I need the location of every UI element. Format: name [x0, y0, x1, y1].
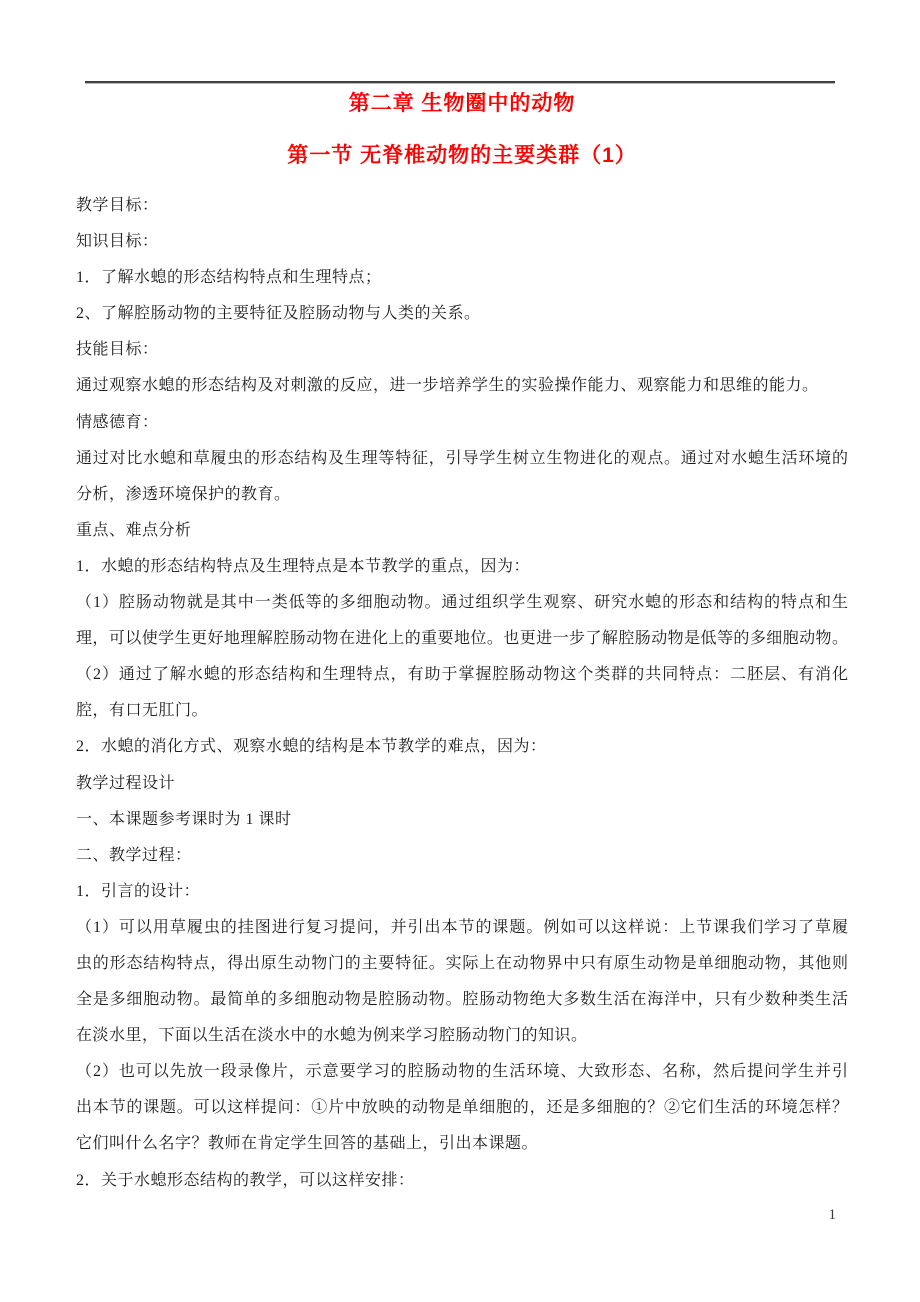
page-number: 1	[804, 1204, 836, 1226]
text-line: 2．关于水螅形态结构的教学，可以这样安排：	[76, 1163, 848, 1199]
text-line: 出本节的课题。可以这样提问：①片中放映的动物是单细胞的，还是多细胞的？②它们生活…	[76, 1090, 848, 1126]
text-line: 重点、难点分析	[76, 513, 848, 549]
document-body: 教学目标：知识目标：1．了解水螅的形态结构特点和生理特点；2、了解腔肠动物的主要…	[76, 188, 848, 1199]
text-line: 分析，渗透环境保护的教育。	[76, 477, 848, 513]
text-line: 知识目标：	[76, 224, 848, 260]
text-line: 教学目标：	[76, 188, 848, 224]
text-line: （2）也可以先放一段录像片，示意要学习的腔肠动物的生活环境、大致形态、名称，然后…	[76, 1054, 848, 1090]
text-line: 通过对比水螅和草履虫的形态结构及生理等特征，引导学生树立生物进化的观点。通过对水…	[76, 441, 848, 477]
text-line: 2．水螅的消化方式、观察水螅的结构是本节教学的难点，因为：	[76, 729, 848, 765]
text-line: 1．水螅的形态结构特点及生理特点是本节教学的重点，因为：	[76, 549, 848, 585]
text-line: 全是多细胞动物。最简单的多细胞动物是腔肠动物。腔肠动物绝大多数生活在海洋中，只有…	[76, 982, 848, 1018]
section-title: 第一节 无脊椎动物的主要类群（1）	[76, 143, 848, 169]
text-line: 一、本课题参考课时为 1 课时	[76, 802, 848, 838]
text-line: 2、了解腔肠动物的主要特征及腔肠动物与人类的关系。	[76, 296, 848, 332]
document-page: 第二章 生物圈中的动物 第一节 无脊椎动物的主要类群（1） 教学目标：知识目标：…	[0, 0, 920, 1302]
text-line: 理，可以使学生更好地理解腔肠动物在进化上的重要地位。也更进一步了解腔肠动物是低等…	[76, 621, 848, 657]
text-line: 通过观察水螅的形态结构及对刺激的反应，进一步培养学生的实验操作能力、观察能力和思…	[76, 368, 848, 404]
text-line: 它们叫什么名字？教师在肯定学生回答的基础上，引出本课题。	[76, 1126, 848, 1162]
text-line: 1．了解水螅的形态结构特点和生理特点；	[76, 260, 848, 296]
text-line: （2）通过了解水螅的形态结构和生理特点，有助于掌握腔肠动物这个类群的共同特点：二…	[76, 657, 848, 693]
text-line: （1）可以用草履虫的挂图进行复习提问，并引出本节的课题。例如可以这样说：上节课我…	[76, 910, 848, 946]
text-line: （1）腔肠动物就是其中一类低等的多细胞动物。通过组织学生观察、研究水螅的形态和结…	[76, 585, 848, 621]
text-line: 虫的形态结构特点，得出原生动物门的主要特征。实际上在动物界中只有原生动物是单细胞…	[76, 946, 848, 982]
text-line: 1．引言的设计：	[76, 874, 848, 910]
chapter-title: 第二章 生物圈中的动物	[76, 91, 848, 117]
header-rule	[85, 81, 835, 83]
text-line: 二、教学过程：	[76, 838, 848, 874]
text-line: 技能目标：	[76, 332, 848, 368]
text-line: 在淡水里，下面以生活在淡水中的水螅为例来学习腔肠动物门的知识。	[76, 1018, 848, 1054]
text-line: 教学过程设计	[76, 766, 848, 802]
text-line: 腔，有口无肛门。	[76, 693, 848, 729]
text-line: 情感德育：	[76, 405, 848, 441]
